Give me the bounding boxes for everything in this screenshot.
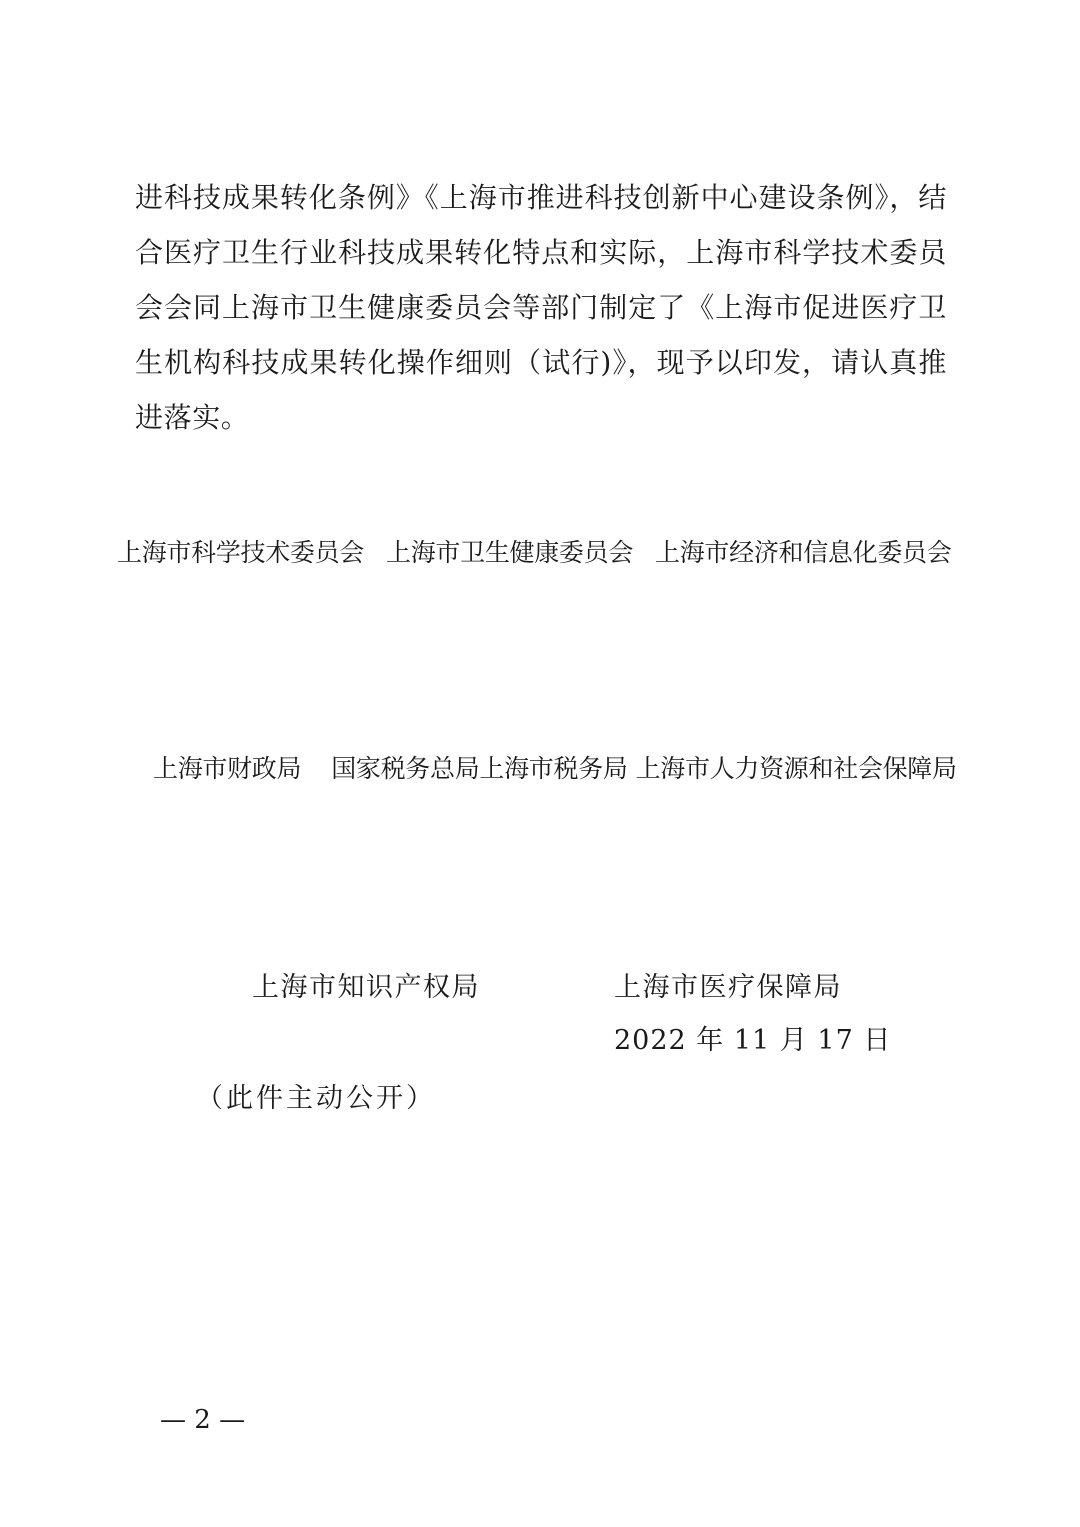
signatory-row-1: 上海市科学技术委员会上海市卫生健康委员会上海市经济和信息化委员会 (117, 538, 951, 568)
signatory-hr-bureau: 上海市人力资源和社会保障局 (636, 754, 957, 784)
disclosure-note: （此件主动公开） (196, 1083, 436, 1115)
signatory-health-commission: 上海市卫生健康委员会 (386, 538, 633, 568)
issue-date: 2022 年 11 月 17 日 (614, 1025, 891, 1057)
signatory-row-2: 上海市财政局国家税务总局上海市税务局上海市人力资源和社会保障局 (153, 754, 957, 784)
body-line: 合医疗卫生行业科技成果转化特点和实际，上海市科学技术委员 (135, 225, 947, 280)
signatory-economy-commission: 上海市经济和信息化委员会 (655, 538, 951, 568)
body-paragraph: 进科技成果转化条例》《上海市推进科技创新中心建设条例》，结 合医疗卫生行业科技成… (135, 170, 947, 445)
body-line: 会会同上海市卫生健康委员会等部门制定了《上海市促进医疗卫 (135, 280, 947, 335)
signatory-tax-bureau: 国家税务总局上海市税务局 (331, 754, 627, 784)
signatory-finance-bureau: 上海市财政局 (153, 754, 301, 784)
body-line: 生机构科技成果转化操作细则（试行)》，现予以印发，请认真推 (135, 335, 947, 390)
body-line: 进科技成果转化条例》《上海市推进科技创新中心建设条例》，结 (135, 170, 947, 225)
document-page: 进科技成果转化条例》《上海市推进科技创新中心建设条例》，结 合医疗卫生行业科技成… (0, 0, 1080, 1527)
signatory-science-commission: 上海市科学技术委员会 (117, 538, 364, 568)
page-number: — 2 — (160, 1404, 245, 1436)
signatory-medical-security-bureau: 上海市医疗保障局 (614, 972, 842, 1004)
signatory-ip-bureau: 上海市知识产权局 (252, 972, 480, 1004)
body-line: 进落实。 (135, 390, 947, 445)
